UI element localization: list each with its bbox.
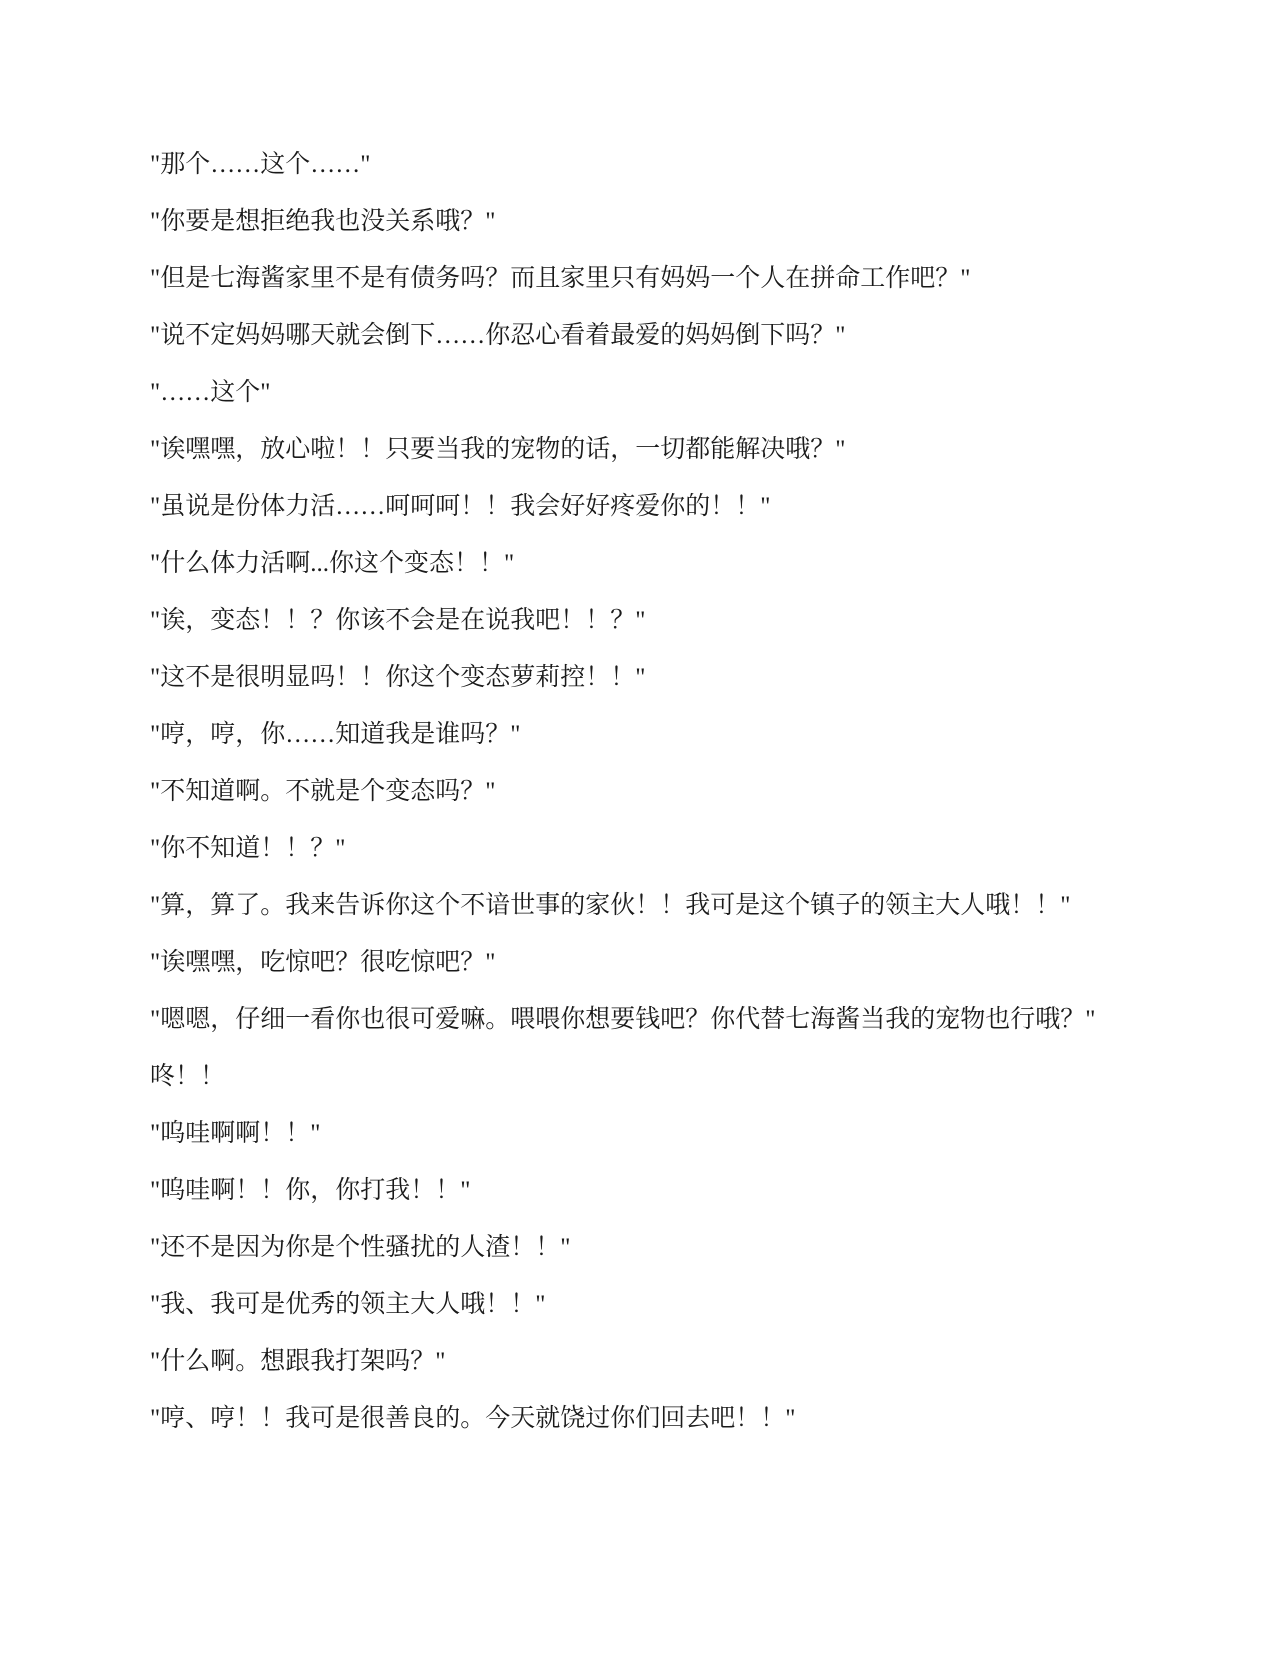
dialogue-line: "诶嘿嘿，吃惊吧？很吃惊吧？"	[150, 950, 1160, 975]
dialogue-line: "什么体力活啊...你这个变态！！"	[150, 551, 1160, 576]
dialogue-line: "呜哇啊啊！！"	[150, 1121, 1160, 1146]
dialogue-line: "你要是想拒绝我也没关系哦？"	[150, 209, 1160, 234]
dialogue-line: "说不定妈妈哪天就会倒下……你忍心看着最爱的妈妈倒下吗？"	[150, 323, 1160, 348]
dialogue-line: "呜哇啊！！你，你打我！！"	[150, 1178, 1160, 1203]
dialogue-line: "这不是很明显吗！！你这个变态萝莉控！！"	[150, 665, 1160, 690]
dialogue-line: "诶嘿嘿，放心啦！！只要当我的宠物的话，一切都能解决哦？"	[150, 437, 1160, 462]
dialogue-line: "不知道啊。不就是个变态吗？"	[150, 779, 1160, 804]
dialogue-line: "你不知道！！？"	[150, 836, 1160, 861]
document-page: "那个……这个……" "你要是想拒绝我也没关系哦？" "但是七海酱家里不是有债务…	[0, 0, 1280, 1656]
dialogue-line: "虽说是份体力活……呵呵呵！！我会好好疼爱你的！！"	[150, 494, 1160, 519]
dialogue-line: "诶，变态！！？你该不会是在说我吧！！？"	[150, 608, 1160, 633]
dialogue-line: "什么啊。想跟我打架吗？"	[150, 1349, 1160, 1374]
dialogue-line: "嗯嗯，仔细一看你也很可爱嘛。喂喂你想要钱吧？你代替七海酱当我的宠物也行哦？"	[150, 1007, 1160, 1032]
dialogue-line: "……这个"	[150, 380, 1160, 405]
dialogue-line: "但是七海酱家里不是有债务吗？而且家里只有妈妈一个人在拼命工作吧？"	[150, 266, 1160, 291]
dialogue-line: "那个……这个……"	[150, 152, 1160, 177]
dialogue-line: "我、我可是优秀的领主大人哦！！"	[150, 1292, 1160, 1317]
sound-effect-line: 咚！！	[150, 1064, 1160, 1089]
dialogue-line: "算，算了。我来告诉你这个不谙世事的家伙！！我可是这个镇子的领主大人哦！！"	[150, 893, 1160, 918]
dialogue-line: "哼、哼！！我可是很善良的。今天就饶过你们回去吧！！"	[150, 1406, 1160, 1431]
dialogue-line: "哼，哼，你……知道我是谁吗？"	[150, 722, 1160, 747]
dialogue-line: "还不是因为你是个性骚扰的人渣！！"	[150, 1235, 1160, 1260]
